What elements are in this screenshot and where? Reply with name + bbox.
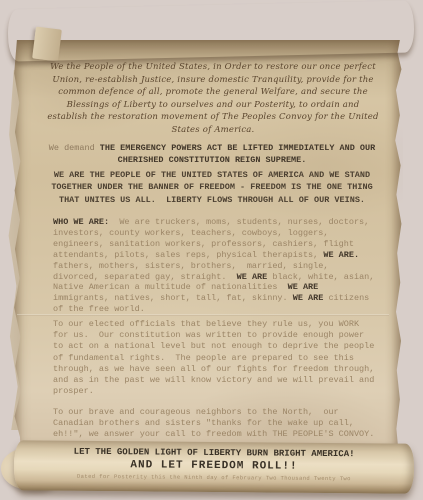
- paper-seam-crease: [17, 314, 389, 316]
- preamble-text: We the People of the United States, in O…: [46, 61, 380, 137]
- emphasis-segment: WHO WE ARE:: [53, 217, 119, 227]
- banner-text: WE ARE THE PEOPLE OF THE UNITED STATES O…: [44, 169, 380, 206]
- emphasis-segment: WE ARE.: [323, 250, 359, 260]
- demand-prefix-text: We demand: [49, 143, 100, 153]
- who-we-are-text: WHO WE ARE: We are truckers, moms, stude…: [53, 217, 377, 315]
- demand-text: We demand THE EMERGENCY POWERS ACT BE LI…: [44, 142, 380, 166]
- canadian-neighbors-text: To our brave and courageous neighbors to…: [53, 407, 377, 440]
- emphasis-segment: WE ARE: [288, 282, 319, 292]
- emphasis-segment: WE ARE: [293, 293, 324, 303]
- scroll-photo: We the People of the United States, in O…: [0, 0, 423, 500]
- demand-body-text: THE EMERGENCY POWERS ACT BE LIFTED IMMED…: [100, 143, 381, 165]
- emphasis-segment: WE ARE: [237, 272, 268, 282]
- bottom-roll-cylinder: LET THE GOLDEN LIGHT OF LIBERTY BURN BRI…: [14, 440, 414, 493]
- elected-officials-text: To our elected officials that believe th…: [53, 319, 377, 397]
- top-roll-cylinder: [7, 0, 414, 61]
- closing-block: LET THE GOLDEN LIGHT OF LIBERTY BURN BRI…: [14, 445, 414, 483]
